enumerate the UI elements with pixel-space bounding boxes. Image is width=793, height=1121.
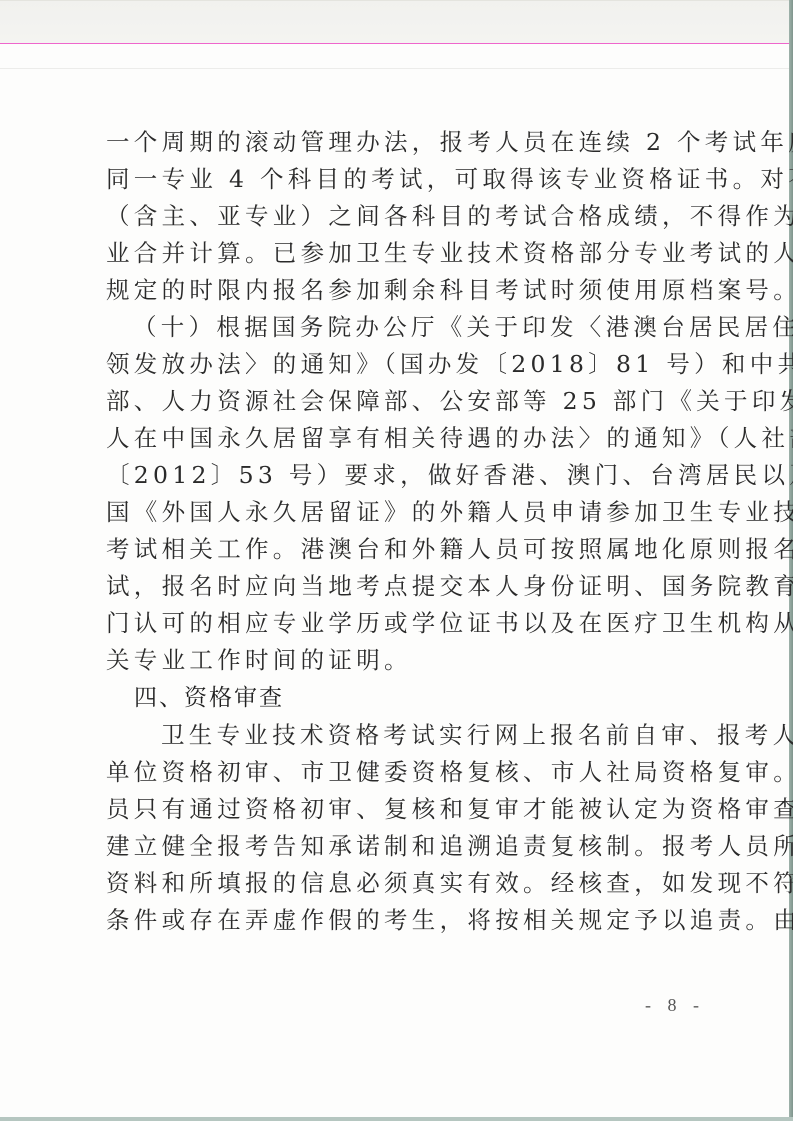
paragraph-1: 一个周期的滚动管理办法，报考人员在连续 2 个考试年度内通过 同一专业 4 个科… bbox=[106, 124, 696, 309]
text-line: 领发放办法〉的通知》（国办发〔2018〕81 号）和中共中央组织 bbox=[106, 346, 696, 383]
text-line: （含主、亚专业）之间各科目的考试合格成绩，不得作为同一专 bbox=[106, 198, 696, 235]
page-number: - 8 - bbox=[645, 995, 705, 1016]
paragraph-2: （十）根据国务院办公厅《关于印发〈港澳台居民居住证申 领发放办法〉的通知》（国办… bbox=[106, 309, 696, 679]
text-line: 关专业工作时间的证明。 bbox=[106, 642, 696, 679]
scan-top-band bbox=[0, 0, 789, 44]
paragraph-3: 卫生专业技术资格考试实行网上报名前自审、报考人员所在 单位资格初审、市卫健委资格… bbox=[106, 717, 696, 939]
text-line: 条件或存在弄虚作假的考生，将按相关规定予以追责。由相关考 bbox=[106, 902, 696, 939]
top-rule-line bbox=[0, 43, 789, 44]
text-line: （十）根据国务院办公厅《关于印发〈港澳台居民居住证申 bbox=[106, 309, 696, 346]
text-line: 同一专业 4 个科目的考试，可取得该专业资格证书。对不同专业 bbox=[106, 161, 696, 198]
text-line: 〔2012〕53 号）要求，做好香港、澳门、台湾居民以及持有中 bbox=[106, 457, 696, 494]
text-line: 考试相关工作。港澳台和外籍人员可按照属地化原则报名参加考 bbox=[106, 531, 696, 568]
text-line: 规定的时限内报名参加剩余科目考试时须使用原档案号。 bbox=[106, 272, 696, 309]
text-line: 业合并计算。已参加卫生专业技术资格部分专业考试的人员，在 bbox=[106, 235, 696, 272]
text-line: 员只有通过资格初审、复核和复审才能被认定为资格审查通过。 bbox=[106, 791, 696, 828]
text-line: 一个周期的滚动管理办法，报考人员在连续 2 个考试年度内通过 bbox=[106, 124, 696, 161]
text-line: 国《外国人永久居留证》的外籍人员申请参加卫生专业技术资格 bbox=[106, 494, 696, 531]
text-line: 资料和所填报的信息必须真实有效。经核查，如发现不符合报考 bbox=[106, 865, 696, 902]
text-line: 试，报名时应向当地考点提交本人身份证明、国务院教育行政部 bbox=[106, 568, 696, 605]
text-line: 卫生专业技术资格考试实行网上报名前自审、报考人员所在 bbox=[106, 717, 696, 754]
text-line: 部、人力资源社会保障部、公安部等 25 部门《关于印发〈外国 bbox=[106, 383, 696, 420]
text-line: 人在中国永久居留享有相关待遇的办法〉的通知》（人社部发 bbox=[106, 420, 696, 457]
document-body: 一个周期的滚动管理办法，报考人员在连续 2 个考试年度内通过 同一专业 4 个科… bbox=[106, 124, 696, 939]
text-line: 单位资格初审、市卫健委资格复核、市人社局资格复审。报考人 bbox=[106, 754, 696, 791]
page-bottom-edge bbox=[0, 1117, 793, 1121]
text-line: 门认可的相应专业学历或学位证书以及在医疗卫生机构从事相 bbox=[106, 605, 696, 642]
section-heading: 四、资格审查 bbox=[106, 679, 696, 717]
text-line: 建立健全报考告知承诺制和追溯追责复核制。报考人员所提供的 bbox=[106, 828, 696, 865]
faint-scan-line bbox=[0, 68, 789, 69]
